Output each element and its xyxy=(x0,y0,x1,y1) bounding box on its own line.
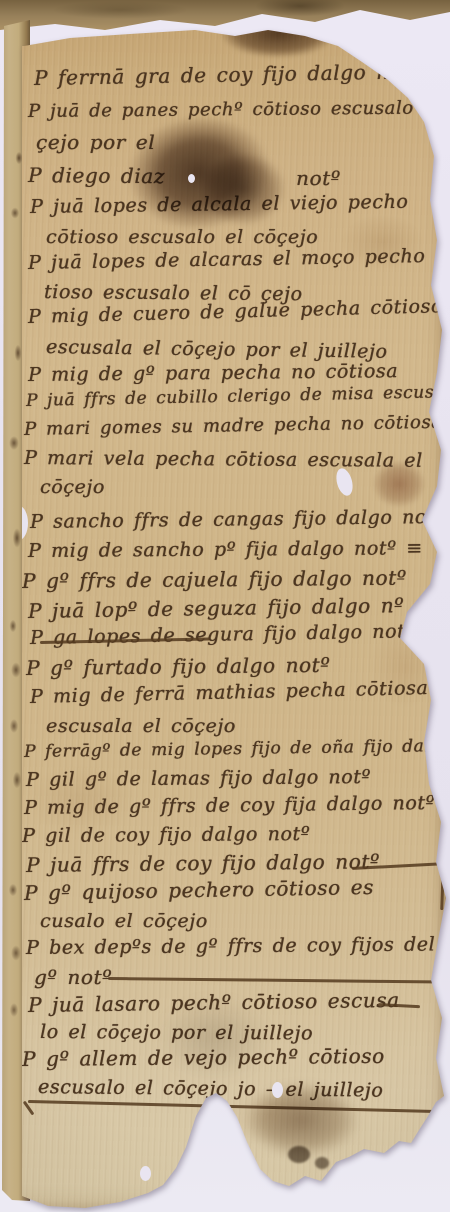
manuscript-line: P gil gº de lamas fijo dalgo notº xyxy=(26,766,371,791)
manuscript-line: P ferrāgº de mig lopes fijo de oña fijo … xyxy=(24,735,450,762)
top-edge-stain xyxy=(220,8,336,58)
manuscript-line: çejo por el xyxy=(36,130,155,154)
manuscript-scan: 13 P ferrnā gra de coy fijo dalgo notºP … xyxy=(0,0,450,1212)
manuscript-line: P mig de sancho pº fija dalgo notº ≡ xyxy=(28,537,423,562)
manuscript-line: escusalo el cōçejo jo – el juillejo xyxy=(38,1076,384,1102)
manuscript-line: gº notº xyxy=(34,965,112,989)
manuscript-line: notº xyxy=(296,166,341,190)
parchment-hole xyxy=(140,1166,151,1181)
manuscript-line: P juā ffrs de coy fijo dalgo notº xyxy=(26,849,380,877)
manuscript-line: P juā de panes pechº cōtioso escusalo el… xyxy=(28,97,450,122)
manuscript-line: P gº allem de vejo pechº cōtioso xyxy=(22,1044,385,1071)
manuscript-line: P sancho ffrs de cangas fijo dalgo notº … xyxy=(30,506,450,533)
parchment-hole xyxy=(10,506,28,540)
manuscript-line: P juā lasaro pechº cōtioso escusa xyxy=(28,988,400,1017)
parchment-page-wrap: 13 P ferrnā gra de coy fijo dalgo notºP … xyxy=(0,0,450,1212)
manuscript-line: P ga lopes de segura fijo dalgo not xyxy=(30,620,406,649)
manuscript-line: P bex depºs de gº ffrs de coy fijos del xyxy=(26,933,435,959)
manuscript-line: P juā lopº de seguza fijo dalgo nº xyxy=(28,593,405,623)
manuscript-line: P juā lopes de alcala el viejo pecho xyxy=(30,191,409,218)
manuscript-line: P gº furtado fijo dalgo notº xyxy=(26,653,331,680)
right-bracket-vertical xyxy=(440,866,445,910)
manuscript-line: P gº quijoso pechero cōtioso es xyxy=(24,875,374,905)
manuscript-line: cusalo el cōçejo xyxy=(40,910,208,932)
manuscript-line: P gil de coy fijo dalgo notº xyxy=(22,823,310,847)
manuscript-line: P juā ffrs de cubillo clerigo de misa es… xyxy=(26,382,450,411)
manuscript-line: P juā lopes de alcaras el moço pecho cō xyxy=(28,244,450,274)
manuscript-line: escusala el cōçejo xyxy=(46,715,236,737)
manuscript-line: lo el cōçejo por el juillejo xyxy=(40,1021,313,1044)
manuscript-line: escusala el cōçejo por el juillejo xyxy=(46,336,388,363)
manuscript-line: P mari vela pecha cōtiosa escusala el xyxy=(24,447,423,472)
bottom-rule xyxy=(28,1100,442,1113)
bottom-dark-lump xyxy=(315,1157,329,1169)
manuscript-line: cōtioso escusalo el cōçejo xyxy=(46,226,318,248)
manuscript-line: P mig de gº para pecha no cōtiosa xyxy=(28,360,398,386)
manuscript-line: P mig de gº ffrs de coy fija dalgo notº xyxy=(24,792,435,819)
manuscript-line: P gº ffrs de cajuela fijo dalgo notº xyxy=(22,566,407,593)
manuscript-line: cōçejo xyxy=(40,476,105,498)
manuscript-line: P mari gomes su madre pecha no cōtiosa xyxy=(24,412,443,440)
manuscript-line: P mig de ferrā mathias pecha cōtiosa xyxy=(30,677,429,708)
parchment-page: 13 P ferrnā gra de coy fijo dalgo notºP … xyxy=(0,0,450,1212)
manuscript-line: P ferrnā gra de coy fijo dalgo notº xyxy=(34,59,421,90)
parchment-hole xyxy=(188,174,195,183)
underline-after-go-noto xyxy=(108,977,444,984)
folio-number: 13 xyxy=(348,26,390,65)
bottom-dark-lump xyxy=(288,1146,310,1163)
manuscript-line: P diego diaz xyxy=(28,163,165,188)
